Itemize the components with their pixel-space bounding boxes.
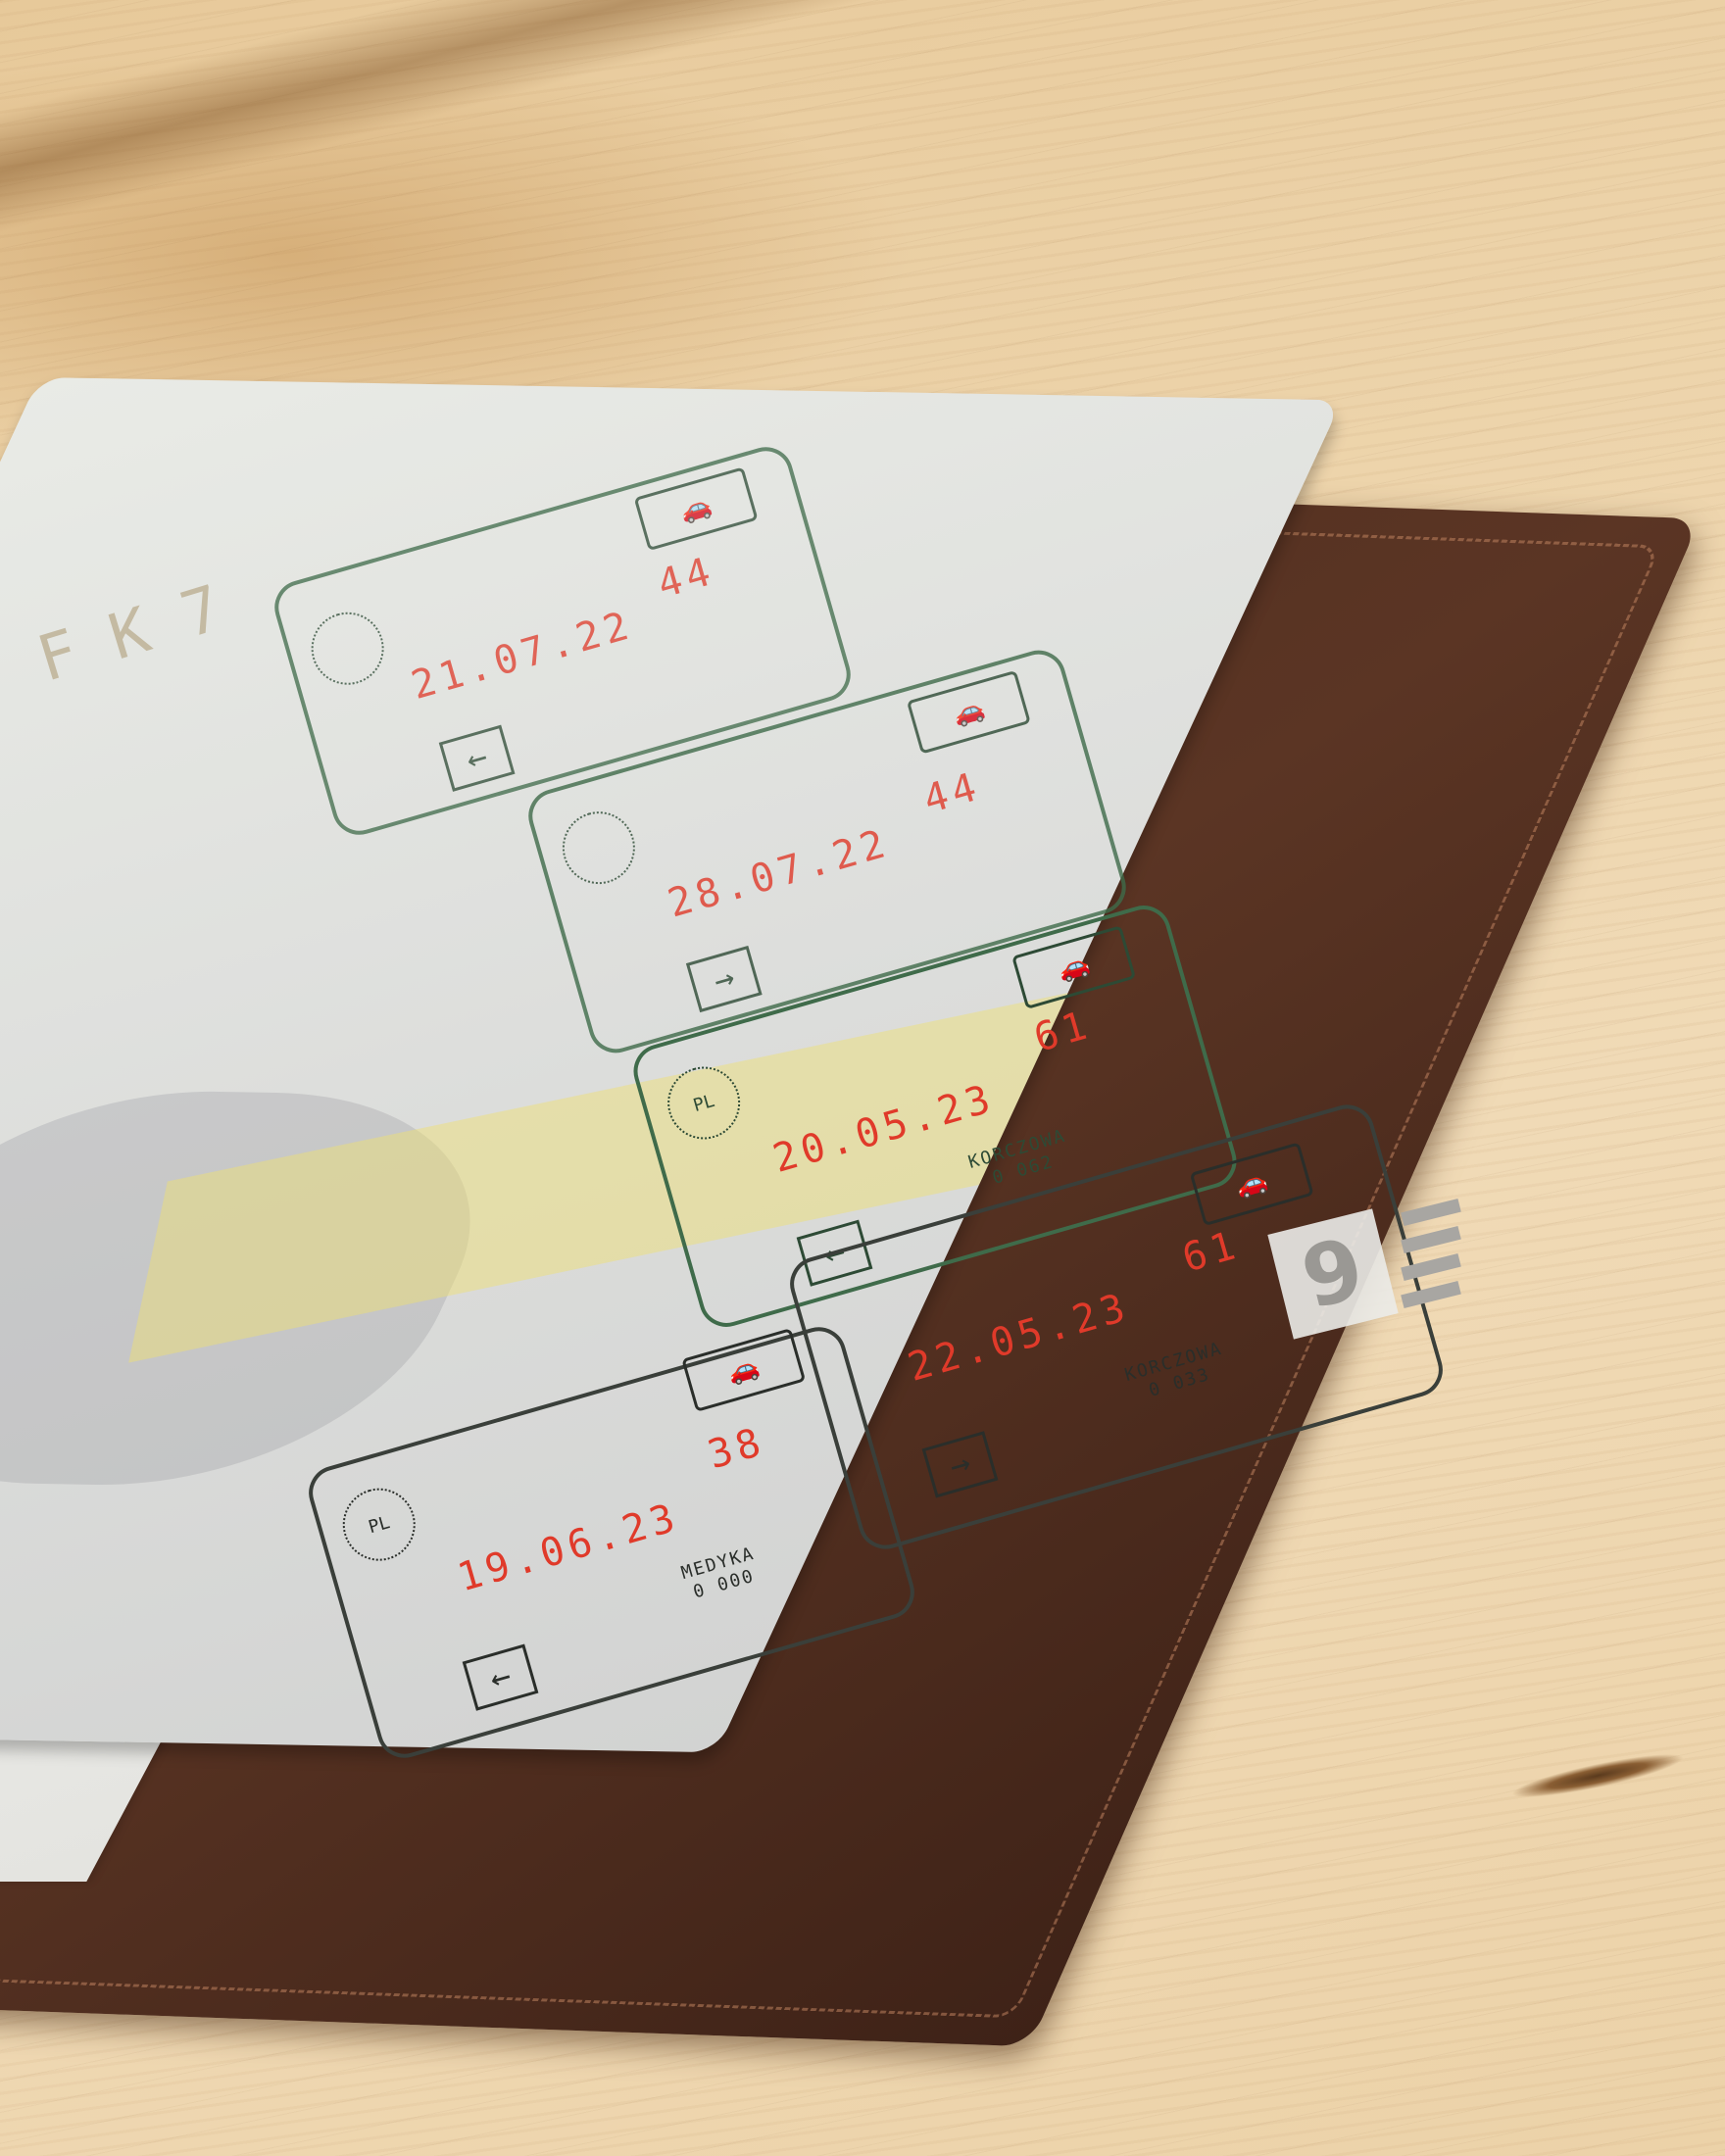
stamp-code: 44	[653, 549, 720, 608]
page-marker-bars	[1402, 1205, 1460, 1315]
exit-arrow-icon: ←	[463, 1644, 539, 1711]
car-icon: 🚗	[634, 466, 759, 551]
stamp-place: MEDYKA 0 000	[679, 1543, 764, 1606]
car-icon: 🚗	[907, 670, 1031, 755]
stamp-date: 20.05.23	[768, 1076, 1000, 1182]
stamp-code: 61	[1029, 1003, 1097, 1061]
entry-arrow-icon: →	[922, 1431, 999, 1497]
stamp-code: 38	[703, 1419, 770, 1478]
stamp-code: 44	[918, 763, 986, 822]
stamp-date: 21.07.22	[407, 603, 638, 709]
exit-arrow-icon: ←	[439, 725, 516, 792]
country-emblem-icon: PL	[659, 1058, 749, 1149]
stamp-place: KORCZOWA 0 062	[966, 1125, 1075, 1195]
stamp-date: 22.05.23	[903, 1285, 1134, 1391]
country-emblem-icon: PL	[334, 1480, 424, 1570]
country-emblem-icon	[303, 604, 393, 694]
country-emblem-icon	[554, 803, 644, 893]
car-icon: 🚗	[1011, 925, 1136, 1009]
car-icon: 🚗	[1190, 1142, 1314, 1226]
stamp-place: KORCZOWA 0 033	[1122, 1339, 1231, 1408]
stamp-date: 19.06.23	[453, 1494, 684, 1600]
entry-arrow-icon: →	[686, 946, 763, 1012]
stamp-date: 28.07.22	[663, 820, 894, 926]
stamp-code: 61	[1177, 1222, 1245, 1281]
